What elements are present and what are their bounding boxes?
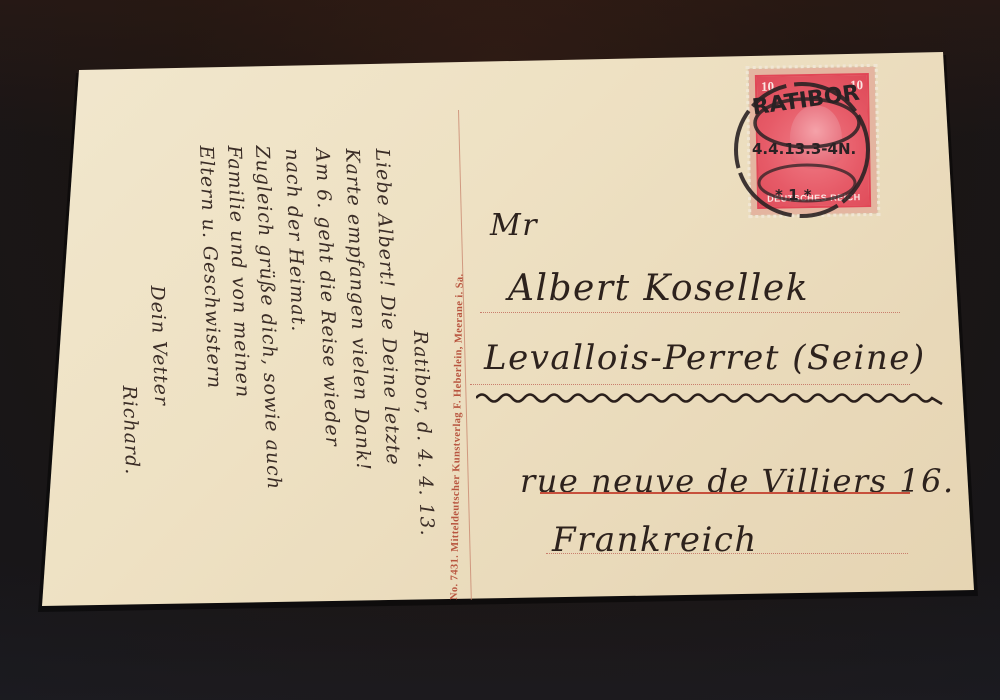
postmark-date: 4.4.13.3-4N. [752, 140, 856, 158]
message-signoff: Dein Vetter [146, 285, 172, 406]
postmark-bottom-mark: * 1 * [775, 186, 812, 204]
street-red-underline [540, 492, 910, 494]
message-signature: Richard. [118, 385, 143, 476]
address-rule-1 [480, 312, 900, 313]
address-street: rue neuve de Villiers 16. [520, 462, 955, 500]
address-rule-4 [546, 553, 908, 554]
address-city: Levallois-Perret (Seine) [484, 338, 926, 378]
wavy-underline-icon [476, 386, 946, 408]
address-country: Frankreich [552, 520, 758, 560]
address-rule-2 [470, 384, 910, 385]
address-name: Albert Kosellek [508, 268, 809, 309]
address-salutation: Mr [490, 208, 538, 243]
